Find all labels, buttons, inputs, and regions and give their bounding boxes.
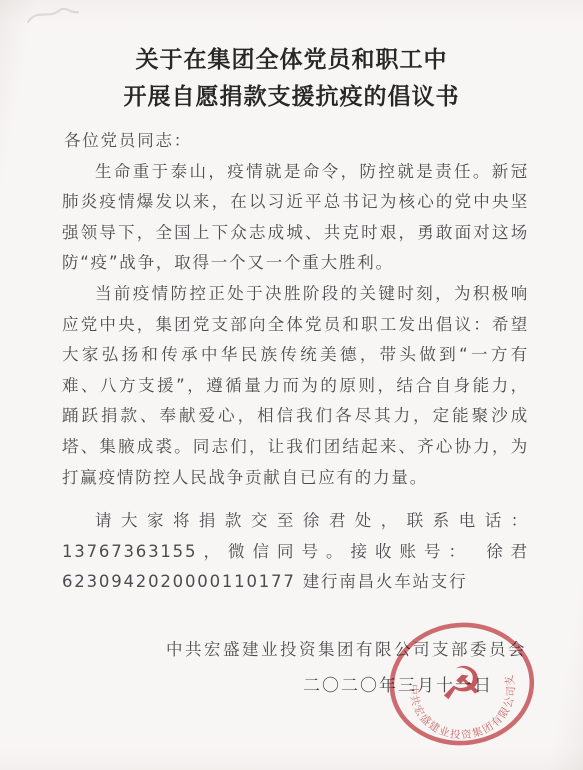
- paragraph-epidemic-overview: 生命重于泰山，疫情就是命令，防控就是责任。新冠肺炎疫情爆发以来，在以习近平总书记…: [62, 157, 529, 279]
- official-seal: 中共宏盛建业投资集团有限公司支部委员会 ☭: [382, 615, 543, 757]
- document-title-line2: 开展自愿捐款支援抗疫的倡议书: [0, 79, 583, 116]
- paragraph-donation-proposal: 当前疫情防控正处于决胜阶段的关键时刻，为积极响应党中央，集团党支部向全体党员和职…: [62, 279, 529, 493]
- salutation: 各位党员同志：: [64, 126, 529, 157]
- paragraph-donation-contact: 请大家将捐款交至徐君处，联系电话：13767363155，微信同号。接收账号： …: [62, 506, 529, 598]
- document-body: 各位党员同志： 生命重于泰山，疫情就是命令，防控就是责任。新冠肺炎疫情爆发以来，…: [62, 126, 529, 598]
- document-title-line1: 关于在集团全体党员和职工中: [0, 42, 583, 79]
- document-title: 关于在集团全体党员和职工中 开展自愿捐款支援抗疫的倡议书: [0, 42, 583, 116]
- hammer-sickle-icon: ☭: [439, 656, 485, 714]
- scanned-document-page: 关于在集团全体党员和职工中 开展自愿捐款支援抗疫的倡议书 各位党员同志： 生命重…: [0, 0, 583, 770]
- scan-scribble-mark: [18, 0, 98, 34]
